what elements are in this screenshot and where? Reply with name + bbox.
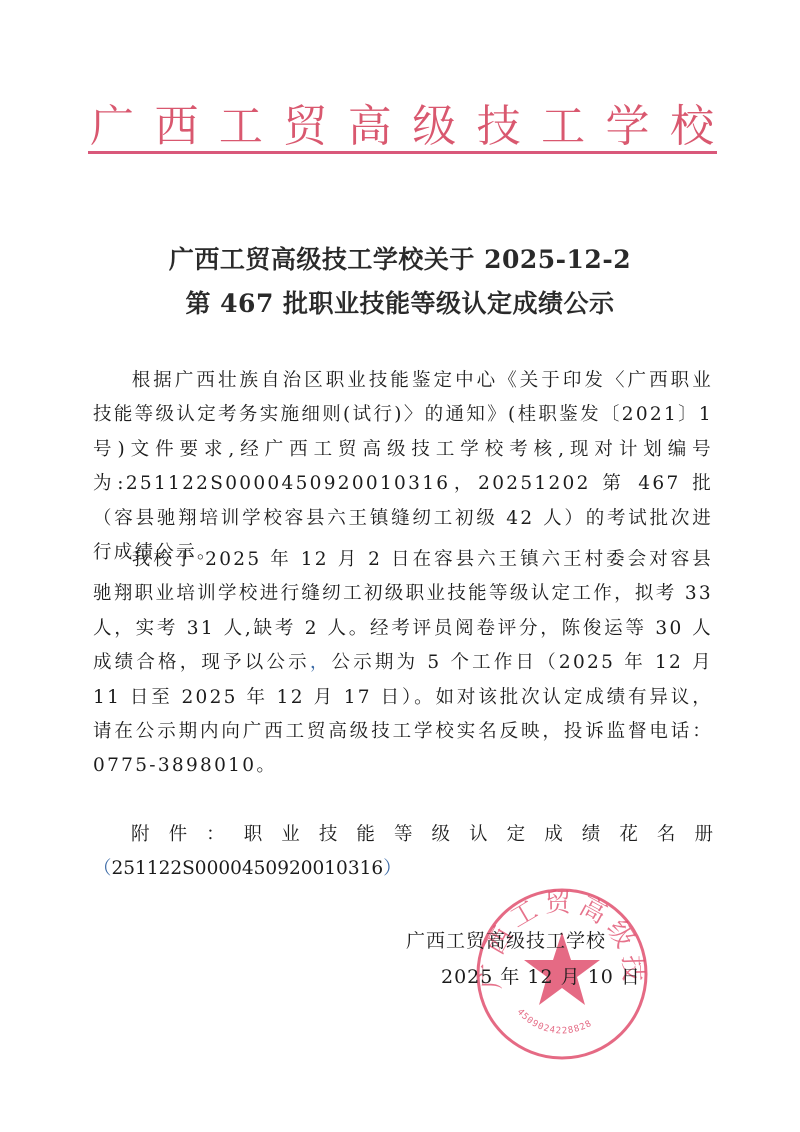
body-paragraph-2: 我校于 2025 年 12 月 2 日在容县六王镇六王村委会对容县驰翔职业培训学…: [93, 543, 713, 784]
attachment-char: 册: [694, 818, 713, 852]
attachment-char: 附: [131, 818, 150, 852]
attachment-char: ：: [206, 818, 225, 852]
document-title-line1: 广西工贸高级技工学校关于 2025-12-2: [0, 240, 800, 276]
letterhead-char: 贸: [281, 90, 329, 154]
letterhead-char: 西: [152, 90, 200, 154]
letterhead-char: 技: [475, 90, 523, 154]
letterhead-char: 高: [346, 90, 394, 154]
body-paragraph-1: 根据广西壮族自治区职业技能鉴定中心《关于印发〈广西职业技能等级认定考务实施细则(…: [93, 364, 713, 570]
attachment-note: 附 件 ： 职 业 技 能 等 级 认 定 成 绩 花 名 册 （251122S…: [93, 818, 713, 886]
attachment-code: 251122S0000450920010316: [112, 858, 384, 879]
attachment-char: 等: [394, 818, 413, 852]
letterhead: 广 西 工 贸 高 级 技 工 学 校: [88, 92, 716, 152]
stamp-code: 4509024228828: [515, 1007, 594, 1036]
attachment-char: 定: [507, 818, 526, 852]
attachment-char: 认: [469, 818, 488, 852]
attachment-char: 业: [281, 818, 300, 852]
attachment-char: 名: [657, 818, 676, 852]
letterhead-char: 工: [217, 90, 265, 154]
attachment-char: 技: [319, 818, 338, 852]
paragraph-comma: ，: [310, 652, 332, 673]
attachment-char: 级: [432, 818, 451, 852]
attachment-char: 职: [244, 818, 263, 852]
letterhead-char: 校: [668, 90, 716, 154]
attachment-char: 花: [619, 818, 638, 852]
attachment-code-line: （251122S0000450920010316）: [93, 852, 713, 886]
paragraph-text: 根据广西壮族自治区职业技能鉴定中心《关于印发〈广西职业技能等级认定考务实施细则(…: [93, 370, 713, 563]
signing-date: 2025 年 12 月 10 日: [441, 962, 641, 989]
attachment-char: 件: [169, 818, 188, 852]
letterhead-char: 工: [539, 90, 587, 154]
document-title-line2: 第 467 批职业技能等级认定成绩公示: [0, 284, 800, 320]
letterhead-divider: [88, 151, 717, 154]
attachment-char: 成: [544, 818, 563, 852]
letterhead-char: 广: [88, 90, 136, 154]
letterhead-char: 学: [604, 90, 652, 154]
attachment-char: 能: [356, 818, 375, 852]
open-paren: （: [93, 858, 112, 879]
close-paren: ）: [383, 858, 402, 879]
attachment-char: 绩: [582, 818, 601, 852]
svg-text:4509024228828: 4509024228828: [515, 1007, 594, 1036]
letterhead-char: 级: [410, 90, 458, 154]
signing-organization: 广西工贸高级技工学校: [406, 926, 606, 953]
attachment-label: 附 件 ： 职 业 技 能 等 级 认 定 成 绩 花 名 册: [93, 818, 713, 852]
